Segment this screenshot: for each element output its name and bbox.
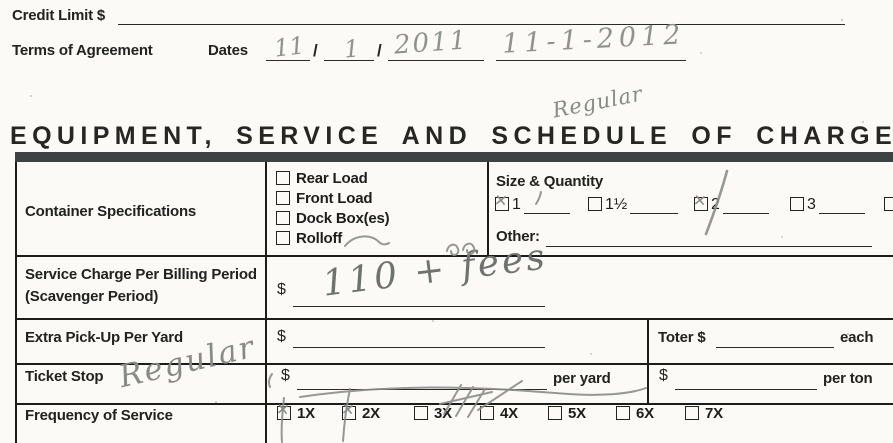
size-option-1half[interactable]: 1½: [588, 197, 678, 214]
extra-pickup-field[interactable]: [293, 329, 545, 348]
service-charge-currency: $: [277, 282, 286, 299]
frequency-option-1x[interactable]: 1X: [277, 406, 315, 422]
ticket-stop-per-ton-field[interactable]: [675, 368, 817, 390]
frequency-6x-checkbox[interactable]: [616, 406, 630, 420]
row-divider: [15, 318, 893, 320]
column-divider-right: [647, 318, 649, 405]
per-yard-label: per yard: [553, 371, 611, 387]
frequency-7x-label: 7X: [705, 406, 723, 422]
extra-pickup-label: Extra Pick-Up Per Yard: [25, 330, 183, 346]
per-ton-label: per ton: [823, 371, 872, 387]
size-2-checkbox[interactable]: [694, 197, 708, 211]
date-separator: /: [313, 42, 318, 60]
date-separator: /: [377, 42, 382, 60]
terms-of-agreement-label: Terms of Agreement: [12, 43, 153, 59]
table-header-bar: [15, 152, 893, 162]
table-border-left: [15, 162, 17, 443]
other-field[interactable]: [546, 229, 872, 247]
size-1half-label: 1½: [605, 197, 627, 214]
toter-label: Toter $: [658, 330, 706, 346]
frequency-2x-checkbox[interactable]: [342, 406, 356, 420]
rear-load-checkbox[interactable]: [276, 171, 290, 185]
size-1-label: 1: [512, 197, 521, 214]
toter-field[interactable]: [716, 330, 834, 348]
column-divider-labels: [265, 162, 267, 443]
frequency-3x-label: 3X: [434, 406, 452, 422]
size-option-cut-checkbox[interactable]: [884, 197, 893, 211]
frequency-option-6x[interactable]: 6X: [616, 406, 654, 422]
service-charge-label: Service Charge Per Billing Period (Scave…: [25, 264, 260, 308]
frequency-4x-checkbox[interactable]: [480, 406, 494, 420]
size-1half-quantity-field[interactable]: [630, 197, 678, 214]
handwritten-date-year: 2011: [393, 27, 469, 58]
dates-label: Dates: [208, 43, 248, 59]
frequency-label: Frequency of Service: [25, 408, 173, 424]
size-3-checkbox[interactable]: [790, 197, 804, 211]
credit-limit-label: Credit Limit $: [12, 8, 105, 24]
section-heading: EQUIPMENT, SERVICE AND SCHEDULE OF CHARG…: [10, 123, 893, 149]
size-1-checkbox[interactable]: [495, 197, 509, 211]
size-quantity-label: Size & Quantity: [496, 174, 603, 190]
extra-pickup-currency: $: [277, 329, 286, 346]
row-divider: [15, 403, 893, 405]
credit-limit-field[interactable]: [118, 8, 845, 25]
frequency-5x-checkbox[interactable]: [548, 406, 562, 420]
frequency-4x-label: 4X: [500, 406, 518, 422]
ticket-stop-ton-currency: $: [659, 368, 668, 385]
frequency-option-7x[interactable]: 7X: [685, 406, 723, 422]
dock-boxes-checkbox[interactable]: [276, 211, 290, 225]
size-2-quantity-field[interactable]: [723, 197, 769, 214]
scanned-form-page: Credit Limit $ Terms of Agreement Dates …: [0, 0, 893, 443]
frequency-option-2x[interactable]: 2X: [342, 406, 380, 422]
size-1-quantity-field[interactable]: [524, 197, 570, 214]
container-specifications-label: Container Specifications: [25, 204, 196, 220]
rolloff-checkbox[interactable]: [276, 231, 290, 245]
scan-speckles: [841, 19, 843, 21]
size-3-quantity-field[interactable]: [819, 197, 865, 214]
option-rolloff[interactable]: Rolloff: [276, 231, 342, 247]
option-front-load[interactable]: Front Load: [276, 191, 372, 207]
handwritten-date-month: 11: [273, 33, 306, 61]
frequency-1x-label: 1X: [297, 406, 315, 422]
ticket-stop-stray-mark: [269, 374, 272, 387]
size-option-1[interactable]: 1: [495, 197, 570, 214]
option-rear-load[interactable]: Rear Load: [276, 171, 368, 187]
ticket-stop-currency: $: [281, 368, 290, 385]
frequency-option-4x[interactable]: 4X: [480, 406, 518, 422]
option-dock-boxes[interactable]: Dock Box(es): [276, 211, 389, 227]
frequency-option-5x[interactable]: 5X: [548, 406, 586, 422]
frequency-option-3x[interactable]: 3X: [414, 406, 452, 422]
size-2-label: 2: [711, 197, 720, 214]
handwritten-date-day: 1: [343, 36, 360, 61]
frequency-3x-checkbox[interactable]: [414, 406, 428, 420]
rolloff-scribble: [345, 236, 389, 246]
front-load-checkbox[interactable]: [276, 191, 290, 205]
size-option-2[interactable]: 2: [694, 197, 769, 214]
ticket-stop-per-yard-field[interactable]: [297, 368, 547, 390]
handwritten-heading-annotation: Regular: [551, 83, 645, 121]
frequency-6x-label: 6X: [636, 406, 654, 422]
ticket-stop-label: Ticket Stop: [25, 369, 103, 385]
front-load-label: Front Load: [296, 191, 372, 207]
frequency-7x-checkbox[interactable]: [685, 406, 699, 420]
size-3-label: 3: [807, 197, 816, 214]
size-1half-checkbox[interactable]: [588, 197, 602, 211]
size-option-3[interactable]: 3: [790, 197, 865, 214]
frequency-5x-label: 5X: [568, 406, 586, 422]
rolloff-label: Rolloff: [296, 231, 342, 247]
dock-boxes-label: Dock Box(es): [296, 211, 389, 227]
frequency-2x-label: 2X: [362, 406, 380, 422]
rear-load-label: Rear Load: [296, 171, 368, 187]
frequency-1x-checkbox[interactable]: [277, 406, 291, 420]
each-label: each: [840, 330, 873, 346]
